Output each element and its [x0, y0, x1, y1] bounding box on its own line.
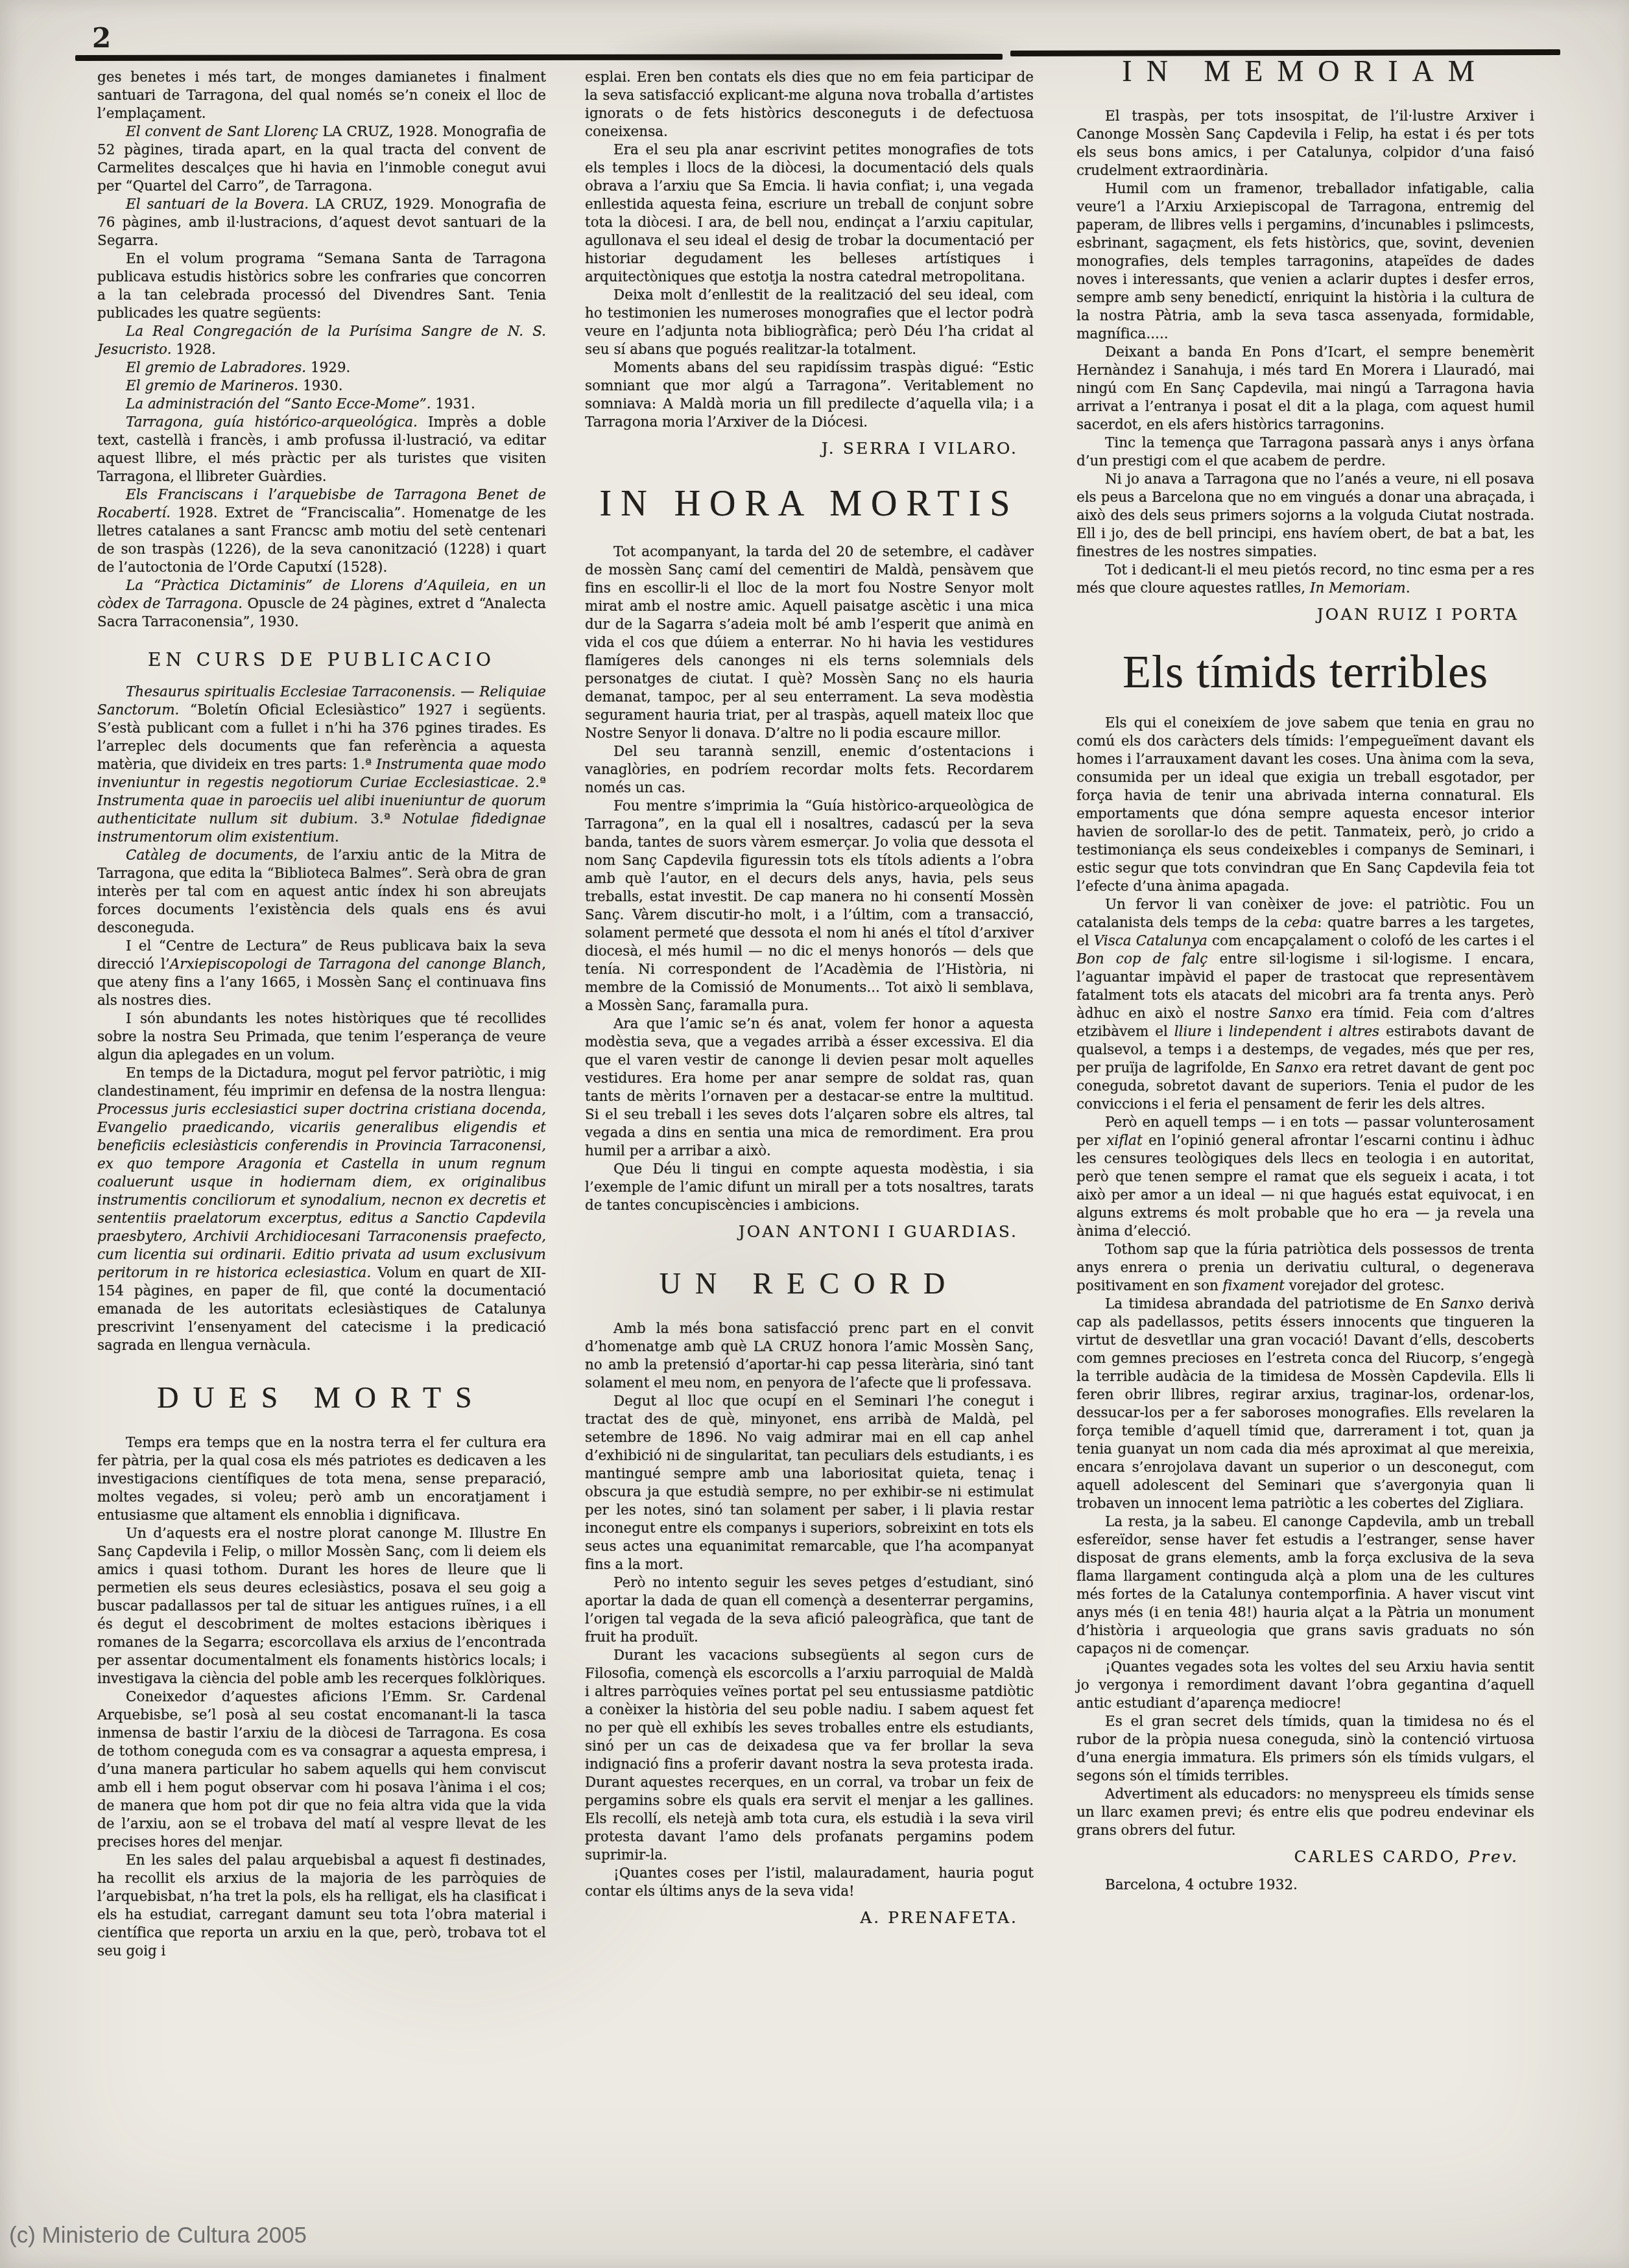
paragraph: Era el seu pla anar escrivint petites mo… — [585, 141, 1034, 287]
paragraph: En les sales del palau arquebisbal a aqu… — [97, 1852, 546, 1961]
paragraph: El santuari de la Bovera. LA CRUZ, 1929.… — [97, 196, 546, 250]
paragraph: Un d’aquests era el nostre plorat canong… — [97, 1525, 546, 1688]
paragraph: La timidesa abrandada del patriotisme de… — [1076, 1295, 1534, 1513]
paragraph: Tot i dedicant-li el meu pietós record, … — [1076, 561, 1534, 598]
paragraph: I són abundants les notes històriques qu… — [97, 1010, 546, 1065]
article-title: Els tímids terribles — [1076, 646, 1534, 698]
paragraph: Temps era temps que en la nostra terra e… — [97, 1434, 546, 1525]
subheading: EN CURS DE PUBLICACIO — [97, 651, 546, 669]
paragraph: Ara que l’amic se’n és anat, volem fer h… — [585, 1015, 1034, 1161]
paragraph: Advertiment als educadors: no menyspreeu… — [1076, 1786, 1534, 1840]
page-number: 2 — [92, 22, 112, 54]
paragraph: Ni jo anava a Tarragona que no l’anés a … — [1076, 471, 1534, 561]
paragraph: Thesaurus spiritualis Ecclesiae Tarracon… — [97, 683, 546, 847]
signature: CARLES CARDO, Prev. — [1076, 1848, 1519, 1866]
paragraph: Els Franciscans i l’arquebisbe de Tarrag… — [97, 486, 546, 577]
section-heading-large: IN HORA MORTIS — [585, 484, 1034, 524]
digitization-watermark: (c) Ministerio de Cultura 2005 — [9, 2223, 307, 2249]
first-paragraph: ges benetes i més tart, de monges damian… — [97, 69, 546, 123]
paragraph: El gremio de Marineros. 1930. — [97, 377, 546, 396]
paragraph: El gremio de Labradores. 1929. — [97, 359, 546, 377]
paragraph: I el “Centre de Lectura” de Reus publica… — [97, 938, 546, 1010]
column-left: ges benetes i més tart, de monges damian… — [97, 69, 546, 1961]
header-rule-left — [75, 54, 1003, 61]
paragraph: La Real Congregación de la Purísima Sang… — [97, 323, 546, 359]
paragraph: Però en aquell temps — i en tots — passa… — [1076, 1114, 1534, 1241]
paragraph: Deixa molt d’enllestit de la realització… — [585, 287, 1034, 359]
paragraph: Del seu tarannà senzill, enemic d’ostent… — [585, 743, 1034, 797]
paragraph: Un fervor li van conèixer de jove: el pa… — [1076, 896, 1534, 1114]
paragraph: ¡Quantes vegades sota les voltes del seu… — [1076, 1659, 1534, 1713]
paragraph: Els qui el coneixíem de jove sabem que t… — [1076, 715, 1534, 896]
dateline: Barcelona, 4 octubre 1932. — [1076, 1876, 1534, 1895]
signature: J. SERRA I VILARO. — [585, 440, 1018, 458]
paragraph: Humil com un framenor, treballador infat… — [1076, 180, 1534, 344]
first-paragraph: esplai. Eren ben contats els dies que no… — [585, 69, 1034, 141]
paragraph: Catàleg de documents, de l’arxiu antic d… — [97, 847, 546, 938]
paragraph: Però no intento seguir les seves petges … — [585, 1574, 1034, 1647]
section-heading: UN RECORD — [585, 1267, 1034, 1301]
signature: A. PRENAFETA. — [585, 1909, 1018, 1927]
column-middle: esplai. Eren ben contats els dies que no… — [585, 69, 1034, 1937]
paragraph: La resta, ja la sabeu. El canonge Capdev… — [1076, 1513, 1534, 1659]
scanned-page: 2 ges benetes i més tart, de monges dami… — [0, 0, 1629, 2268]
paragraph: Degut al lloc que ocupí en el Seminari l… — [585, 1393, 1034, 1574]
paragraph: Es el gran secret dels tímids, quan la t… — [1076, 1713, 1534, 1786]
paragraph: ¡Quantes coses per l’istil, malauradamen… — [585, 1865, 1034, 1901]
paragraph: Coneixedor d’aquestes aficions l’Emm. Sr… — [97, 1688, 546, 1852]
section-heading: IN MEMORIAM — [1076, 54, 1534, 88]
paragraph: Moments abans del seu rapidíssim traspàs… — [585, 359, 1034, 432]
paragraph: La “Pràctica Dictaminis” de Llorens d’Aq… — [97, 577, 546, 632]
paragraph: El traspàs, per tots insospitat, de l’il… — [1076, 108, 1534, 180]
paragraph: Tarragona, guía histórico-arqueológica. … — [97, 414, 546, 486]
paragraph: Fou mentre s’imprimia la “Guía històrico… — [585, 797, 1034, 1015]
signature: JOAN RUIZ I PORTA — [1076, 606, 1519, 624]
paragraph: Durant les vacacions subsegüents al sego… — [585, 1647, 1034, 1865]
paragraph: Amb la més bona satisfacció prenc part e… — [585, 1320, 1034, 1393]
paragraph: Que Déu li tingui en compte aquesta modè… — [585, 1161, 1034, 1215]
signature: JOAN ANTONI I GUARDIAS. — [585, 1223, 1018, 1241]
paragraph: El convent de Sant Llorenç LA CRUZ, 1928… — [97, 123, 546, 196]
paragraph: Tinc la temença que Tarragona passarà an… — [1076, 434, 1534, 471]
paragraph: Tothom sap que la fúria patriòtica dels … — [1076, 1241, 1534, 1295]
paragraph: La administración del “Santo Ecce-Mome”.… — [97, 396, 546, 414]
paragraph: En el volum programa “Semana Santa de Ta… — [97, 250, 546, 323]
section-heading: DUES MORTS — [97, 1381, 546, 1415]
paragraph: Deixant a banda En Pons d’Icart, el semp… — [1076, 344, 1534, 434]
paragraph: En temps de la Dictadura, mogut pel ferv… — [97, 1065, 546, 1355]
paragraph: Tot acompanyant, la tarda del 20 de sete… — [585, 543, 1034, 743]
column-right: IN MEMORIAMEl traspàs, per tots insospit… — [1076, 54, 1534, 1895]
